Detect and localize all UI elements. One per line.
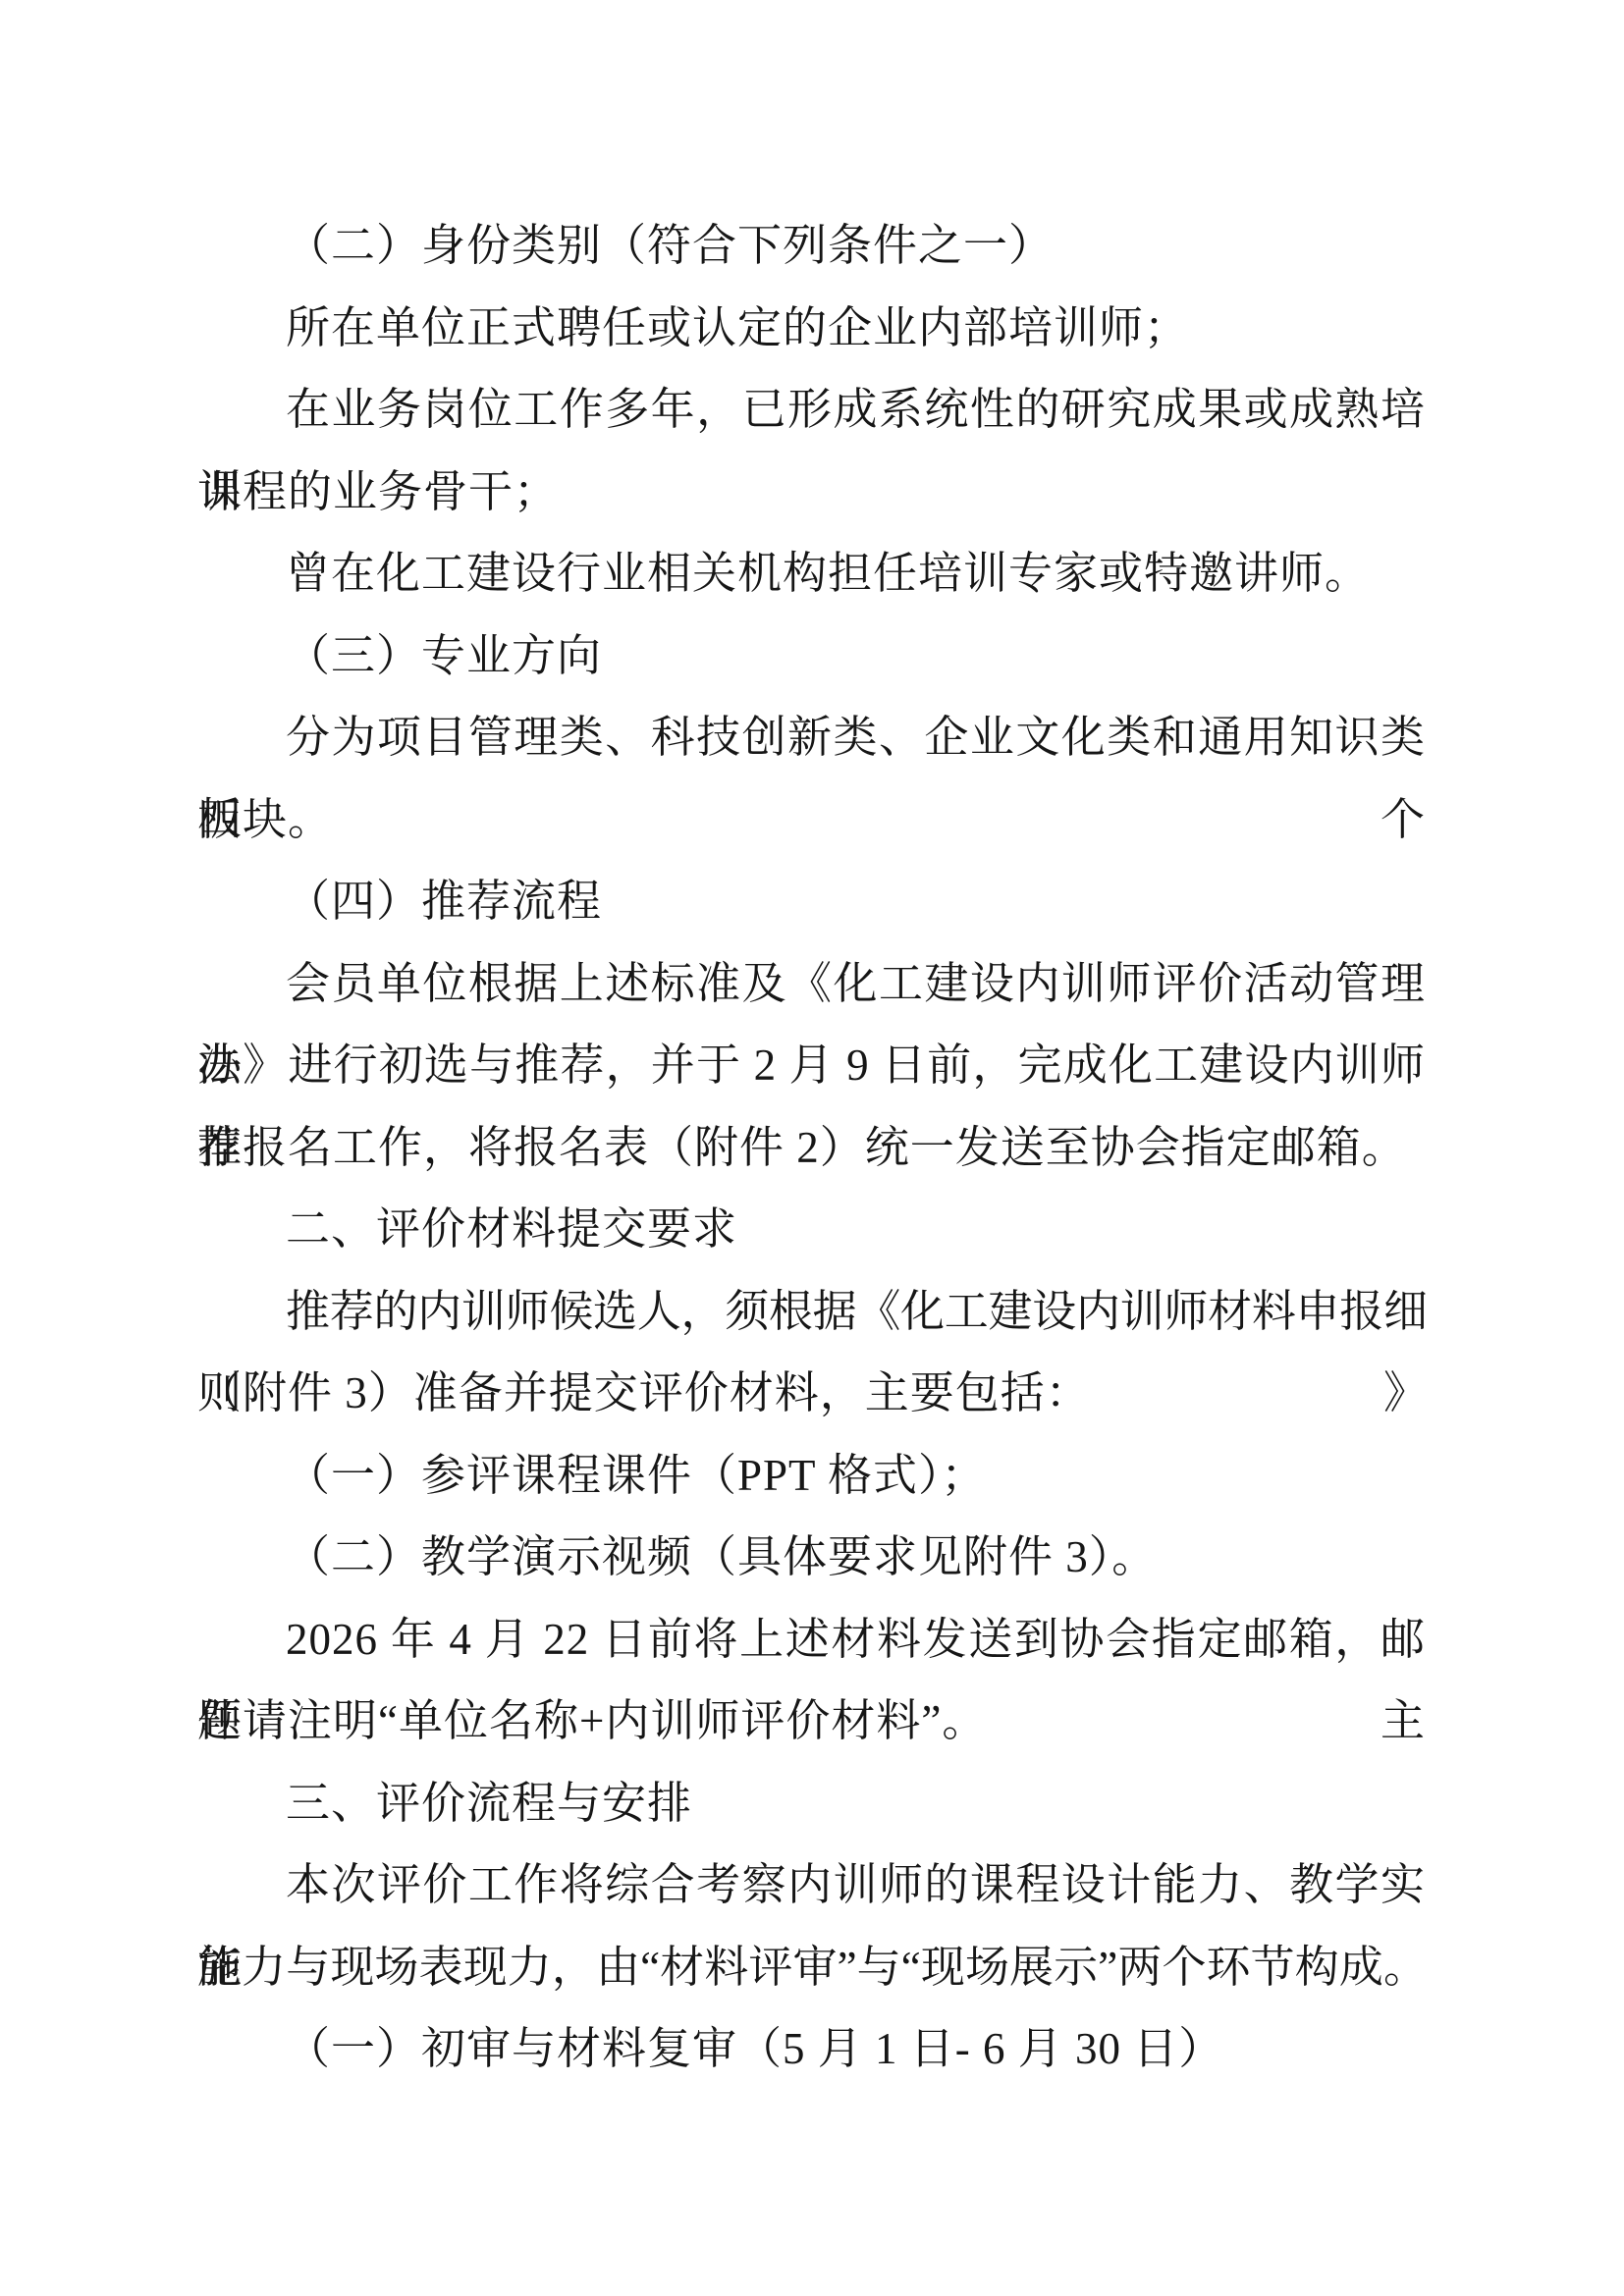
- text-line: 荐报名工作，将报名表（附件 2）统一发送至协会指定邮箱。: [197, 1107, 1426, 1190]
- text-line: 所在单位正式聘任或认定的企业内部培训师；: [197, 288, 1426, 370]
- text-line: 法》进行初选与推荐，并于 2 月 9 日前，完成化工建设内训师推: [197, 1025, 1426, 1107]
- text-line: 课程的业务骨干；: [197, 452, 1426, 534]
- text-line: 能力与现场表现力，由“材料评审”与“现场展示”两个环节构成。: [197, 1927, 1426, 2009]
- document-page: （二）身份类别（符合下列条件之一）所在单位正式聘任或认定的企业内部培训师；在业务…: [0, 0, 1624, 2296]
- text-line: （二）身份类别（符合下列条件之一）: [197, 205, 1426, 288]
- document-body: （二）身份类别（符合下列条件之一）所在单位正式聘任或认定的企业内部培训师；在业务…: [197, 205, 1426, 2091]
- text-line: 推荐的内训师候选人，须根据《化工建设内训师材料申报细则》: [197, 1271, 1426, 1354]
- text-line: （一）初审与材料复审（5 月 1 日- 6 月 30 日）: [197, 2008, 1426, 2091]
- text-line: 本次评价工作将综合考察内训师的课程设计能力、教学实施: [197, 1844, 1426, 1927]
- text-line: 2026 年 4 月 22 日前将上述材料发送到协会指定邮箱，邮件主: [197, 1599, 1426, 1682]
- text-line: 在业务岗位工作多年，已形成系统性的研究成果或成熟培训: [197, 369, 1426, 452]
- text-line: 三、评价流程与安排: [197, 1763, 1426, 1845]
- text-line: （二）教学演示视频（具体要求见附件 3）。: [197, 1517, 1426, 1599]
- text-line: 分为项目管理类、科技创新类、企业文化类和通用知识类四个: [197, 697, 1426, 779]
- text-line: 会员单位根据上述标准及《化工建设内训师评价活动管理办: [197, 943, 1426, 1026]
- text-line: 二、评价材料提交要求: [197, 1189, 1426, 1271]
- text-line: （一）参评课程课件（PPT 格式）；: [197, 1435, 1426, 1518]
- text-line: （四）推荐流程: [197, 861, 1426, 943]
- text-line: 曾在化工建设行业相关机构担任培训专家或特邀讲师。: [197, 533, 1426, 615]
- text-line: （三）专业方向: [197, 615, 1426, 698]
